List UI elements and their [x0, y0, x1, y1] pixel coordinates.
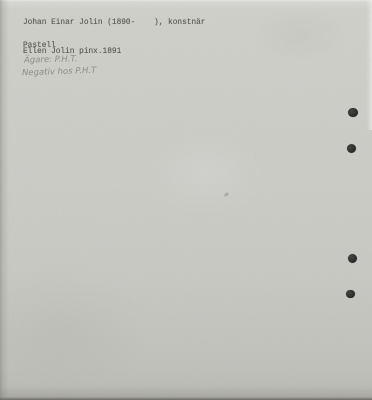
scanned-catalog-card: Johan Einar Jolin (1890- ), konstnär Pas… — [0, 0, 372, 400]
handwritten-owner-note: Ägare: P.H.T. — [24, 55, 78, 65]
punch-hole — [347, 144, 356, 153]
punch-hole — [348, 108, 358, 118]
punch-hole — [348, 254, 357, 263]
card-title-line: Johan Einar Jolin (1890- ), konstnär — [23, 20, 205, 28]
punch-hole — [346, 290, 355, 299]
paper-speck — [224, 192, 229, 198]
handwritten-negative-note: Negativ hos P.H.T — [22, 67, 97, 79]
